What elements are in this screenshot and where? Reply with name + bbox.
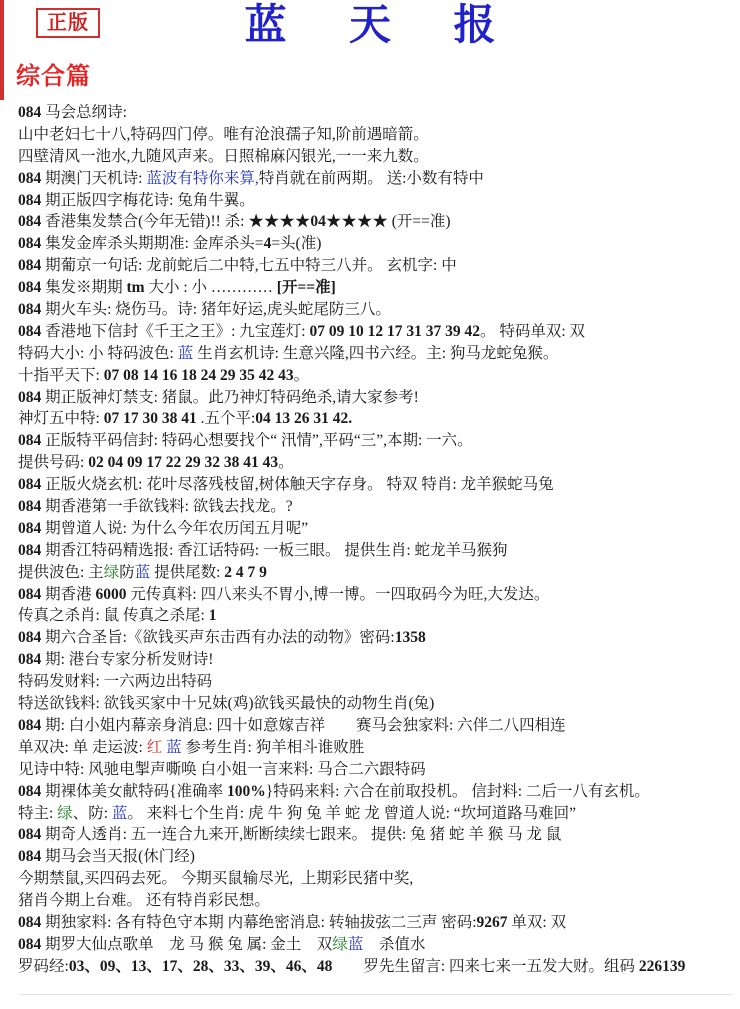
report-line: 四壁清风一池水,九随风声来。日照棉麻闪银光,一一来九数。 <box>18 146 734 168</box>
report-line-segment: 04 13 26 31 42. <box>255 410 352 427</box>
report-line-segment: tm <box>127 279 149 296</box>
report-line-segment: 期香港第一手欲钱料: 欲钱去找龙。? <box>45 498 293 515</box>
report-line-segment: 今期禁鼠,买四码去死。 今期买鼠输尽光, 上期彩民猪中奖, <box>18 870 413 887</box>
report-line-segment: 红 <box>147 739 163 756</box>
report-line: 见诗中特: 风驰电掣声嘶唤 白小姐一言来料: 马合二六跟特码 <box>18 759 734 781</box>
report-line: 特码大小: 小 特码波色: 蓝 生肖玄机诗: 生意兴隆,四书六经。主: 狗马龙蛇… <box>18 343 734 365</box>
report-line-segment: 084 <box>18 235 45 252</box>
report-line-segment: 2 4 7 9 <box>224 564 267 581</box>
section-heading: 综合篇 <box>16 56 91 91</box>
report-line-segment: 期独家料: 各有特色守本期 内幕绝密消息: 转轴拔弦二三声 密码: <box>45 914 476 931</box>
report-line-segment: 绿 <box>57 805 73 822</box>
report-line-segment: 单双: 双 <box>508 914 567 931</box>
report-line-segment: 1358 <box>395 629 426 646</box>
report-line-segment: 084 <box>18 257 45 274</box>
report-line-segment: 100% <box>227 783 266 800</box>
report-line-segment: 期正版四字梅花诗: 兔角牛翼。 <box>45 192 255 209</box>
report-line-segment: 提供号码: <box>18 454 88 471</box>
report-line-segment: ★★★★ (开==准) <box>326 213 451 230</box>
report-line-segment: 正版火烧玄机: 花叶尽落残枝留,树体触天字存身。 特双 特肖: 龙羊猴蛇马兔 <box>45 476 554 493</box>
report-line-segment: 084 <box>18 192 45 209</box>
report-line: 084 期香港第一手欲钱料: 欲钱去找龙。? <box>18 496 734 518</box>
report-line-segment: 提供波色: 主 <box>18 564 104 581</box>
report-line-segment: 084 <box>18 914 45 931</box>
report-line-segment: 084 <box>18 826 45 843</box>
report-line: 084 期香港 6000 元传真料: 四八来头不胃小,博一博。一四取码今为旺,大… <box>18 584 734 606</box>
report-line-segment: 十指平天下: <box>18 367 104 384</box>
report-line-segment: 07 09 10 12 17 31 37 39 42 <box>310 323 481 340</box>
report-line-segment: 罗先生留言: 四来七来一五发大财。组码 <box>332 958 639 975</box>
report-line: 084 期罗大仙点歌单 龙 马 猴 兔 属: 金土 双绿蓝 杀值水 <box>18 934 734 956</box>
report-line-segment: 特送欲钱料: 欲钱买家中十兄妹(鸡)欲钱买最快的动物生肖(兔) <box>18 695 434 712</box>
report-line: 084 期葡京一句话: 龙前蛇后二中特,七五中特三八并。 玄机字: 中 <box>18 255 734 277</box>
report-line: 特码发财料: 一六两边出特码 <box>18 671 734 693</box>
report-line: 十指平天下: 07 08 14 16 18 24 29 35 42 43。 <box>18 365 734 387</box>
report-line-segment: 。 特码单双: 双 <box>480 323 585 340</box>
report-line-segment: 084 <box>18 848 45 865</box>
report-line-segment: 1 <box>209 607 217 624</box>
report-line-segment: 蓝 <box>135 564 151 581</box>
report-line-segment: 084 <box>18 651 45 668</box>
report-line-segment: 集发金库杀头期期准: 金库杀头= <box>45 235 263 252</box>
report-line-segment: 。 <box>278 454 294 471</box>
report-line-segment: 084 <box>18 498 45 515</box>
report-line-segment: 蓝 <box>348 936 364 953</box>
report-line-segment: 084 <box>18 279 45 296</box>
report-line-segment: 期火车头: 烧伤马。诗: 猪年好运,虎头蛇尾防三八。 <box>45 301 391 318</box>
report-line-segment: 大小 : 小 ………… <box>148 279 276 296</box>
report-line-segment: [开==准] <box>277 279 336 296</box>
report-line-segment: 生肖玄机诗: 生意兴隆,四书六经。主: 狗马龙蛇兔猴。 <box>193 345 558 362</box>
report-line-segment: 杀值水 <box>363 936 425 953</box>
report-line-segment: }特码来料: 六合在前取投机。 信封料: 二后一八有玄机。 <box>266 783 650 800</box>
report-line-segment: 特肖就在前两期。 送:小数有特中 <box>259 170 484 187</box>
report-line-segment: 084 <box>18 476 45 493</box>
report-line: 084 期六合圣旨:《欲钱买声东击西有办法的动物》密码:1358 <box>18 627 734 649</box>
report-line: 084 期独家料: 各有特色守本期 内幕绝密消息: 转轴拔弦二三声 密码:926… <box>18 912 734 934</box>
report-line-segment: 蓝 <box>166 739 182 756</box>
report-lines: 084 马会总纲诗:山中老妇七十八,特码四门停。唯有沧浪孺子知,阶前遇暗箭。四壁… <box>18 102 734 995</box>
report-line: 山中老妇七十八,特码四门停。唯有沧浪孺子知,阶前遇暗箭。 <box>18 124 734 146</box>
report-line-segment: 084 <box>18 542 45 559</box>
report-line-segment: 期香港 <box>45 586 95 603</box>
report-line-segment: 084 <box>18 783 45 800</box>
report-line: 神灯五中特: 07 17 30 38 41 .五个平:04 13 26 31 4… <box>18 408 734 430</box>
report-line: 084 期裸体美女献特码{准确率 100%}特码来料: 六合在前取投机。 信封料… <box>18 781 734 803</box>
report-line-segment: 04 <box>310 213 326 230</box>
report-line-segment: 期裸体美女献特码{准确率 <box>45 783 227 800</box>
report-line-segment: 防 <box>119 564 135 581</box>
report-line-segment: 期罗大仙点歌单 龙 马 猴 兔 属: 金土 双 <box>45 936 332 953</box>
report-line-segment: 绿 <box>332 936 348 953</box>
report-line-segment: 罗码经: <box>18 958 69 975</box>
report-line: 084 马会总纲诗: <box>18 102 734 124</box>
report-line-segment: 期正版神灯禁支: 猪鼠。此乃神灯特码绝杀,请大家参考! <box>45 389 419 406</box>
report-line-segment: 山中老妇七十八,特码四门停。唯有沧浪孺子知,阶前遇暗箭。 <box>18 126 429 143</box>
report-line-segment: 四壁清风一池水,九随风声来。日照棉麻闪银光,一一来九数。 <box>18 148 429 165</box>
report-line-segment: 084 <box>18 389 45 406</box>
report-line-segment: 。 来料七个生肖: 虎 牛 狗 兔 羊 蛇 龙 曾道人说: “坎坷道路马难回” <box>127 805 576 822</box>
report-line-segment: 蓝 <box>178 345 194 362</box>
report-line: 单双决: 单 走运波: 红 蓝 参考生肖: 狗羊相斗谁败胜 <box>18 737 734 759</box>
report-line: 今期禁鼠,买四码去死。 今期买鼠输尽光, 上期彩民猪中奖, <box>18 868 734 890</box>
report-line: 084 期曾道人说: 为什么今年农历闰五月呢” <box>18 518 734 540</box>
report-line: 084 期: 港台专家分析发财诗! <box>18 649 734 671</box>
report-line: 084 期正版神灯禁支: 猪鼠。此乃神灯特码绝杀,请大家参考! <box>18 387 734 409</box>
report-line: 特主: 绿、防: 蓝。 来料七个生肖: 虎 牛 狗 兔 羊 蛇 龙 曾道人说: … <box>18 803 734 825</box>
report-line-segment: 6000 <box>96 586 131 603</box>
report-line-segment: 蓝波有特你来算, <box>146 170 258 187</box>
report-line-segment: 正版特平码信封: 特码心想要找个“ 汛情”,平码“三”,本期: 一六。 <box>45 432 473 449</box>
page-title: 蓝 天 报 <box>0 0 740 52</box>
report-line-segment: 期澳门天机诗: <box>45 170 146 187</box>
report-line-segment: 9267 <box>477 914 508 931</box>
report-line-segment: 特码大小: 小 特码波色: <box>18 345 178 362</box>
report-line-segment: 蓝 <box>112 805 128 822</box>
report-line-segment: 期: 白小姐内幕亲身消息: 四十如意嫁吉祥 赛马会独家料: 六伴二八四相连 <box>45 717 566 734</box>
report-line-segment: 084 <box>18 213 45 230</box>
report-line: 特送欲钱料: 欲钱买家中十兄妹(鸡)欲钱买最快的动物生肖(兔) <box>18 693 734 715</box>
report-line-segment: 集发※期期 <box>45 279 126 296</box>
report-line-segment: 07 17 30 38 41 <box>104 410 197 427</box>
report-line-segment: 07 08 14 16 18 24 29 35 42 43 <box>104 367 294 384</box>
report-line: 084 香港地下信封《千王之王》: 九宝莲灯: 07 09 10 12 17 3… <box>18 321 734 343</box>
report-line-segment: 期六合圣旨:《欲钱买声东击西有办法的动物》密码: <box>45 629 395 646</box>
report-line-segment: 神灯五中特: <box>18 410 104 427</box>
report-line-segment: 。 <box>294 367 310 384</box>
report-line: 猪肖今期上台难。 还有特肖彩民想。 <box>18 890 734 912</box>
report-line-segment: 期香江特码精选报: 香江话特码: 一板三眼。 提供生肖: 蛇龙羊马猴狗 <box>45 542 507 559</box>
report-line: 084 集发金库杀头期期准: 金库杀头=4=头(准) <box>18 233 734 255</box>
report-line-segment: 084 <box>18 717 45 734</box>
report-line-segment: 期马会当天报(休门经) <box>45 848 195 865</box>
report-line-segment: 猪肖今期上台难。 还有特肖彩民想。 <box>18 892 270 909</box>
report-line: 084 期奇人透肖: 五一连合九来开,断断续续七跟来。 提供: 兔 猪 蛇 羊 … <box>18 824 734 846</box>
report-line-segment: 传真之杀肖: 鼠 传真之杀尾: <box>18 607 209 624</box>
report-line: 084 期香江特码精选报: 香江话特码: 一板三眼。 提供生肖: 蛇龙羊马猴狗 <box>18 540 734 562</box>
report-line-segment: 084 <box>18 936 45 953</box>
report-line: 084 集发※期期 tm 大小 : 小 ………… [开==准] <box>18 277 734 299</box>
report-line-segment: 02 04 09 17 22 29 32 38 41 43 <box>88 454 278 471</box>
report-line: 084 香港集发禁合(今年无错)!! 杀: ★★★★04★★★★ (开==准) <box>18 211 734 233</box>
report-line-segment: 期曾道人说: 为什么今年农历闰五月呢” <box>45 520 308 537</box>
report-line-segment: 084 <box>18 170 45 187</box>
report-line: 084 期马会当天报(休门经) <box>18 846 734 868</box>
report-line-segment: 期葡京一句话: 龙前蛇后二中特,七五中特三八并。 玄机字: 中 <box>45 257 457 274</box>
report-line-segment: 香港集发禁合(今年无错)!! 杀: ★★★★ <box>45 213 310 230</box>
report-line-segment: =头(准) <box>271 235 321 252</box>
report-line-segment: 提供尾数: <box>150 564 224 581</box>
report-line-segment: 参考生肖: 狗羊相斗谁败胜 <box>182 739 365 756</box>
report-line-segment: .五个平: <box>197 410 256 427</box>
report-line: 084 正版火烧玄机: 花叶尽落残枝留,树体触天字存身。 特双 特肖: 龙羊猴蛇… <box>18 474 734 496</box>
report-line-segment: 084 <box>18 629 45 646</box>
report-line-segment: 期奇人透肖: 五一连合九来开,断断续续七跟来。 提供: 兔 猪 蛇 羊 猴 马 … <box>45 826 561 843</box>
report-line-segment: 期: 港台专家分析发财诗! <box>45 651 213 668</box>
report-line-segment: 马会总纲诗: <box>45 104 127 121</box>
report-line-segment: 226139 <box>639 958 686 975</box>
report-line-segment: 特码发财料: 一六两边出特码 <box>18 673 212 690</box>
report-line-segment: 084 <box>18 520 45 537</box>
report-line-segment: 084 <box>18 323 45 340</box>
report-line-segment: 绿 <box>104 564 120 581</box>
report-line: 罗码经:03、09、13、17、28、33、39、46、48 罗先生留言: 四来… <box>18 956 734 978</box>
report-line-segment: 特主: <box>18 805 57 822</box>
report-line: 提供波色: 主绿防蓝 提供尾数: 2 4 7 9 <box>18 562 734 584</box>
report-line-segment: 元传真料: 四八来头不胃小,博一博。一四取码今为旺,大发达。 <box>130 586 549 603</box>
report-line: 提供号码: 02 04 09 17 22 29 32 38 41 43。 <box>18 452 734 474</box>
report-line-segment: 单双决: 单 走运波: <box>18 739 147 756</box>
report-line: 084 期澳门天机诗: 蓝波有特你来算,特肖就在前两期。 送:小数有特中 <box>18 168 734 190</box>
report-line-segment: 084 <box>18 301 45 318</box>
report-line: 084 期: 白小姐内幕亲身消息: 四十如意嫁吉祥 赛马会独家料: 六伴二八四相… <box>18 715 734 737</box>
report-line-segment: 084 <box>18 586 45 603</box>
report-line-segment: 084 <box>18 432 45 449</box>
report-line: 084 期正版四字梅花诗: 兔角牛翼。 <box>18 190 734 212</box>
report-line-segment: 、防: <box>73 805 112 822</box>
report-line: 084 正版特平码信封: 特码心想要找个“ 汛情”,平码“三”,本期: 一六。 <box>18 430 734 452</box>
report-line-segment: 084 <box>18 104 45 121</box>
report-line-segment: 见诗中特: 风驰电掣声嘶唤 白小姐一言来料: 马合二六跟特码 <box>18 761 426 778</box>
report-line: 084 期火车头: 烧伤马。诗: 猪年好运,虎头蛇尾防三八。 <box>18 299 734 321</box>
report-line-segment: 03、09、13、17、28、33、39、46、48 <box>69 958 333 975</box>
report-line: 传真之杀肖: 鼠 传真之杀尾: 1 <box>18 605 734 627</box>
report-line-segment: 香港地下信封《千王之王》: 九宝莲灯: <box>45 323 309 340</box>
